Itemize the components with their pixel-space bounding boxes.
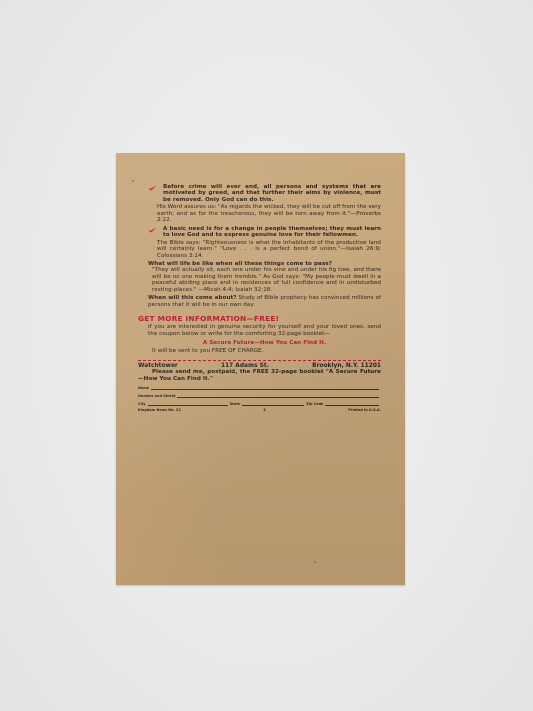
issue-label: Kingdom News No. 22	[138, 408, 181, 413]
question-life: What will life be like when all these th…	[148, 261, 381, 293]
city-field-label: City	[138, 402, 146, 406]
cta-headline: GET MORE INFORMATION—FREE!	[138, 314, 381, 323]
printed-in-label: Printed in U.S.A.	[348, 408, 381, 413]
street-field-row: Number and Street	[138, 394, 381, 398]
street-field-line	[177, 394, 379, 398]
question-life-answer: "They will actually sit, each one under …	[148, 267, 381, 293]
scripture-proverbs: His Word assures us: "As regards the wic…	[148, 204, 381, 223]
zip-field-line	[325, 402, 379, 406]
name-field-line	[151, 386, 379, 390]
point-crime-end: Before crime will ever end, all persons …	[148, 184, 381, 203]
name-field-row: Name	[138, 386, 381, 390]
question-when: When will this come about? Study of Bibl…	[148, 295, 381, 308]
page-number: 4	[263, 408, 265, 413]
state-field-label: State	[230, 402, 241, 406]
question-when-heading: When will this come about?	[148, 295, 237, 301]
booklet-title: A Secure Future—How You Can Find It.	[148, 340, 381, 346]
cta-body: If you are interested in genuine securit…	[148, 324, 381, 337]
city-field-line	[148, 402, 228, 406]
tract-content: Before crime will ever end, all persons …	[148, 184, 381, 413]
page-footer: Kingdom News No. 22 4 Printed in U.S.A.	[138, 408, 381, 413]
coupon-request: Please send me, postpaid, the FREE 32-pa…	[138, 369, 381, 382]
paper-speck	[314, 561, 316, 563]
checkmark-icon	[148, 185, 157, 191]
scripture-isaiah-colossians: The Bible says: "Righteousness is what t…	[148, 240, 381, 259]
paper-speck	[132, 180, 134, 182]
name-field-label: Name	[138, 386, 149, 390]
zip-field-label: Zip Code	[306, 402, 323, 406]
coupon-cut-line	[138, 360, 381, 361]
point-basic-need: A basic need is for a change in people t…	[148, 226, 381, 239]
tract-page: Before crime will ever end, all persons …	[116, 153, 405, 585]
free-of-charge-line: It will be sent to you FREE OF CHARGE.	[148, 348, 381, 354]
state-field-line	[242, 402, 304, 406]
city-state-zip-row: City State Zip Code	[138, 402, 381, 406]
checkmark-icon	[148, 227, 157, 233]
question-life-heading: What will life be like when all these th…	[148, 261, 332, 267]
street-field-label: Number and Street	[138, 394, 175, 398]
